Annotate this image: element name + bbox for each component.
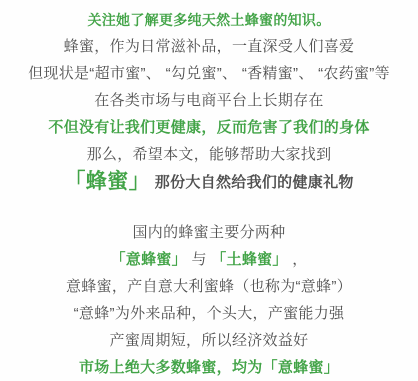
honey-intro-line: 蜂蜜，作为日常滋补品，一直深受人们喜爱: [0, 38, 418, 56]
fake-honey-types-line: 但现状是“超市蜜”、 “勾兑蜜”、 “香精蜜”、 “农药蜜”等: [0, 65, 418, 83]
yifeng-economy-line: 产蜜周期短，所以经济效益好: [0, 332, 418, 350]
market-presence-line: 在各类市场与电商平台上长期存在: [0, 92, 418, 110]
yifengmi-highlight: 「意蜂蜜」: [110, 251, 187, 268]
gift-text: 那份大自然给我们的健康礼物: [155, 174, 354, 191]
honey-highlight: 「蜂蜜」: [64, 170, 150, 193]
hope-line: 那么，希望本文，能够帮助大家找到: [0, 146, 418, 164]
yifeng-origin-line: 意蜂蜜，产自意大利蜜蜂（也称为“意蜂”）: [0, 278, 418, 296]
types-conjunction: 与: [191, 251, 206, 268]
honey-types-line: 「意蜂蜜」 与 「土蜂蜜」 ，: [0, 251, 418, 269]
article-page: 关注她了解更多纯天然土蜂蜜的知识。 蜂蜜，作为日常滋补品，一直深受人们喜爱 但现…: [0, 0, 418, 381]
gift-line: 「蜂蜜」 那份大自然给我们的健康礼物: [0, 169, 418, 196]
yifeng-traits-line: “意蜂”为外来品种，个头大，产蜜能力强: [0, 305, 418, 323]
two-types-line: 国内的蜂蜜主要分两种: [0, 224, 418, 242]
follow-prompt-line: 关注她了解更多纯天然土蜂蜜的知识。: [0, 12, 418, 29]
types-comma: ，: [292, 251, 307, 268]
market-conclusion-line: 市场上绝大多数蜂蜜，均为「意蜂蜜」: [0, 359, 418, 377]
harm-warning-line: 不但没有让我们更健康，反而危害了我们的身体: [0, 119, 418, 137]
tufengmi-highlight: 「土蜂蜜」: [211, 251, 288, 268]
